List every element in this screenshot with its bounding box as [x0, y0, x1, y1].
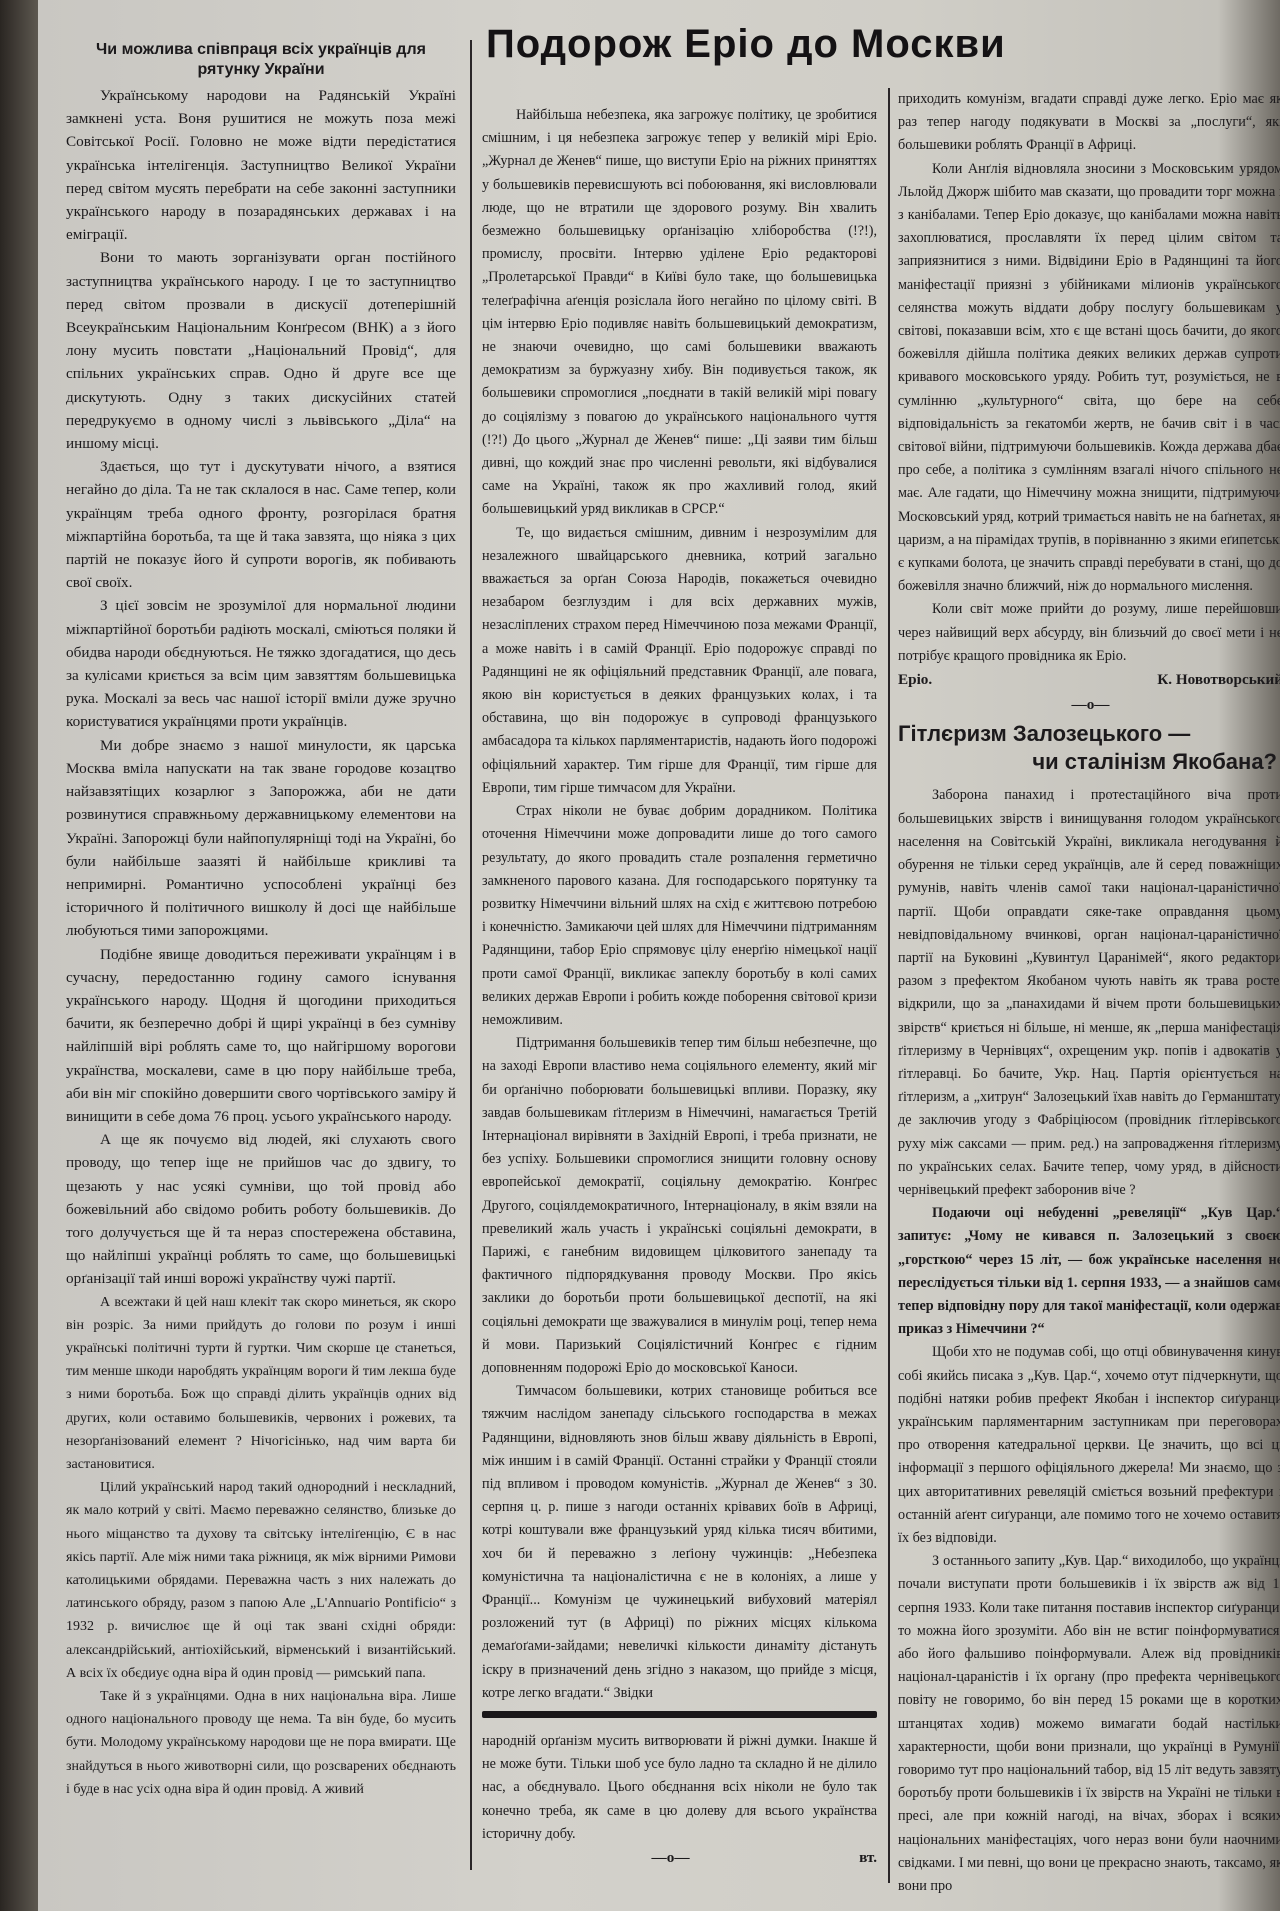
page-binding-edge: [0, 0, 38, 1911]
paragraph: Страх ніколи не буває добрим дорадником.…: [482, 800, 877, 1032]
paragraph: Ми добре знаємо з нашої минулости, як ца…: [66, 734, 456, 943]
paragraph: З останнього запиту „Кув. Цар.“ виходило…: [898, 1550, 1280, 1898]
paragraph: Тимчасом большевики, котрих становище ро…: [482, 1380, 877, 1705]
paragraph: народній орґанізм мусить витворювати й р…: [482, 1730, 877, 1846]
article-title: Чи можлива співпраця всіх українців для …: [66, 40, 456, 80]
paragraph: А ще як почуємо від людей, які слухають …: [66, 1128, 456, 1290]
sig-left: Еріо.: [898, 668, 932, 691]
paragraph: Цілий український народ такий однородний…: [66, 1476, 456, 1685]
paragraph: Подібне явище доводиться переживати укра…: [66, 943, 456, 1129]
paragraph: Таке й з українцями. Одна в них націонал…: [66, 1685, 456, 1801]
signature-line: Еріо. К. Новотворський: [898, 668, 1280, 691]
paragraph: приходить комунізм, вгадати справді дуже…: [898, 88, 1280, 158]
article-title-2: Гітлєризм Залозецького — чи сталінізм Як…: [898, 720, 1280, 776]
paragraph: Українському народови на Радянській Укра…: [66, 84, 456, 246]
separator: —o—: [898, 693, 1280, 716]
paragraph: Подаючи оці небуденні „ревеляції“ „Кув Ц…: [898, 1202, 1280, 1341]
paragraph: Вони то мають зорганізувати орган постій…: [66, 246, 456, 455]
title-line-1: Гітлєризм Залозецького —: [898, 721, 1190, 746]
signature: вт.: [859, 1846, 877, 1869]
article-column-1: Чи можлива співпраця всіх українців для …: [66, 40, 456, 1801]
paragraph: Те, що видається смішним, дивним і незро…: [482, 522, 877, 800]
paragraph: Найбільша небезпека, яка загрожує політи…: [482, 104, 877, 522]
article-column-2: Найбільша небезпека, яка загрожує політи…: [482, 104, 877, 1869]
newspaper-page: Подорож Еріо до Москви Чи можлива співпр…: [38, 0, 1280, 1911]
paragraph: Заборона панахид і протестаційного віча …: [898, 784, 1280, 1202]
article-column-3: приходить комунізм, вгадати справді дуже…: [898, 88, 1280, 1898]
paragraph: Здається, що тут і дускутувати нічого, а…: [66, 455, 456, 594]
paragraph: Коли Анґлія відновляла зносини з Московс…: [898, 158, 1280, 599]
paragraph: З цієї зовсім не зрозумілої для нормальн…: [66, 594, 456, 733]
column-divider-right: [888, 88, 890, 1883]
paragraph: Щоби хто не подумав собі, що отці обвину…: [898, 1341, 1280, 1550]
signature: К. Новотворський: [1157, 668, 1280, 691]
paragraph: А всежтаки й цей наш клекіт так скоро ми…: [66, 1291, 456, 1477]
article-footer: —o— вт.: [482, 1846, 877, 1869]
section-divider-bar: [482, 1711, 877, 1718]
title-line-2: чи сталінізм Якобана?: [898, 748, 1280, 776]
paragraph: Коли світ може прийти до розуму, лише пе…: [898, 598, 1280, 668]
column-divider-left: [470, 40, 472, 1870]
masthead-title: Подорож Еріо до Москви: [486, 22, 1086, 67]
separator: —o—: [652, 1846, 690, 1869]
paragraph: Підтримання большевиків тепер тим більш …: [482, 1032, 877, 1380]
